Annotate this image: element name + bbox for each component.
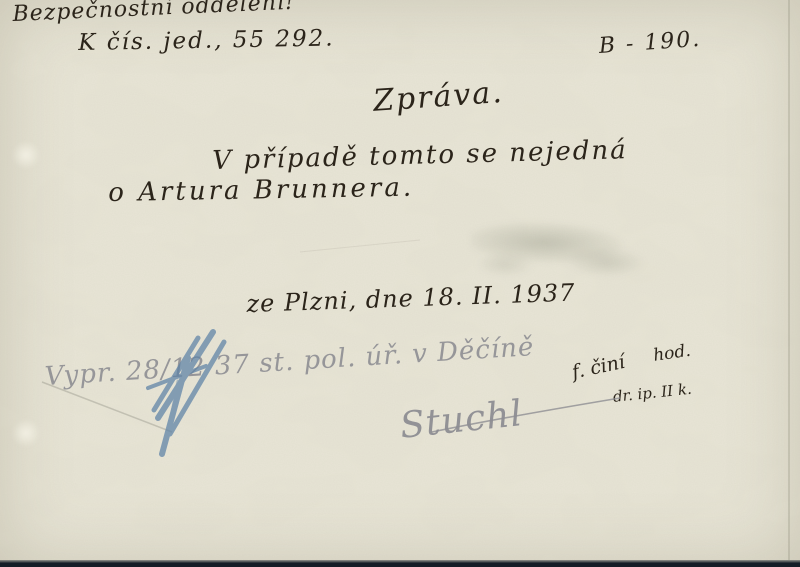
file-code: B - 190. (598, 27, 702, 59)
signature: Stuchl (398, 393, 525, 447)
punch-hole-ghost (12, 418, 40, 448)
stamp-ghost (469, 213, 666, 292)
ink-note-mid: f. činí (570, 351, 627, 384)
body-line-2: o Artura Brunnera. (108, 173, 414, 208)
paper-creases (0, 0, 800, 567)
ink-note-hod: hod. (652, 341, 692, 366)
paper-texture (0, 0, 800, 567)
reference-number-line: K čís. jed., 55 292. (78, 26, 335, 56)
document-page: Bezpečnostní oddělení! K čís. jed., 55 2… (0, 0, 800, 567)
report-title: Zpráva. (372, 75, 505, 119)
ink-note-bottom: dr. ip. II k. (612, 380, 693, 406)
punch-hole-ghost (12, 140, 40, 170)
department-line: Bezpečnostní oddělení! (12, 0, 295, 27)
body-line-1: V případě tomto se nejedná (212, 135, 628, 176)
pencil-dispatch-note: Vypr. 28/12 37 st. pol. úř. v Děčíně (44, 332, 535, 392)
blue-crayon-mark (118, 326, 248, 461)
dateline: ze Plzni, dne 18. II. 1937 (246, 279, 576, 318)
signature-flourish (420, 390, 630, 450)
scan-edge (0, 560, 800, 567)
